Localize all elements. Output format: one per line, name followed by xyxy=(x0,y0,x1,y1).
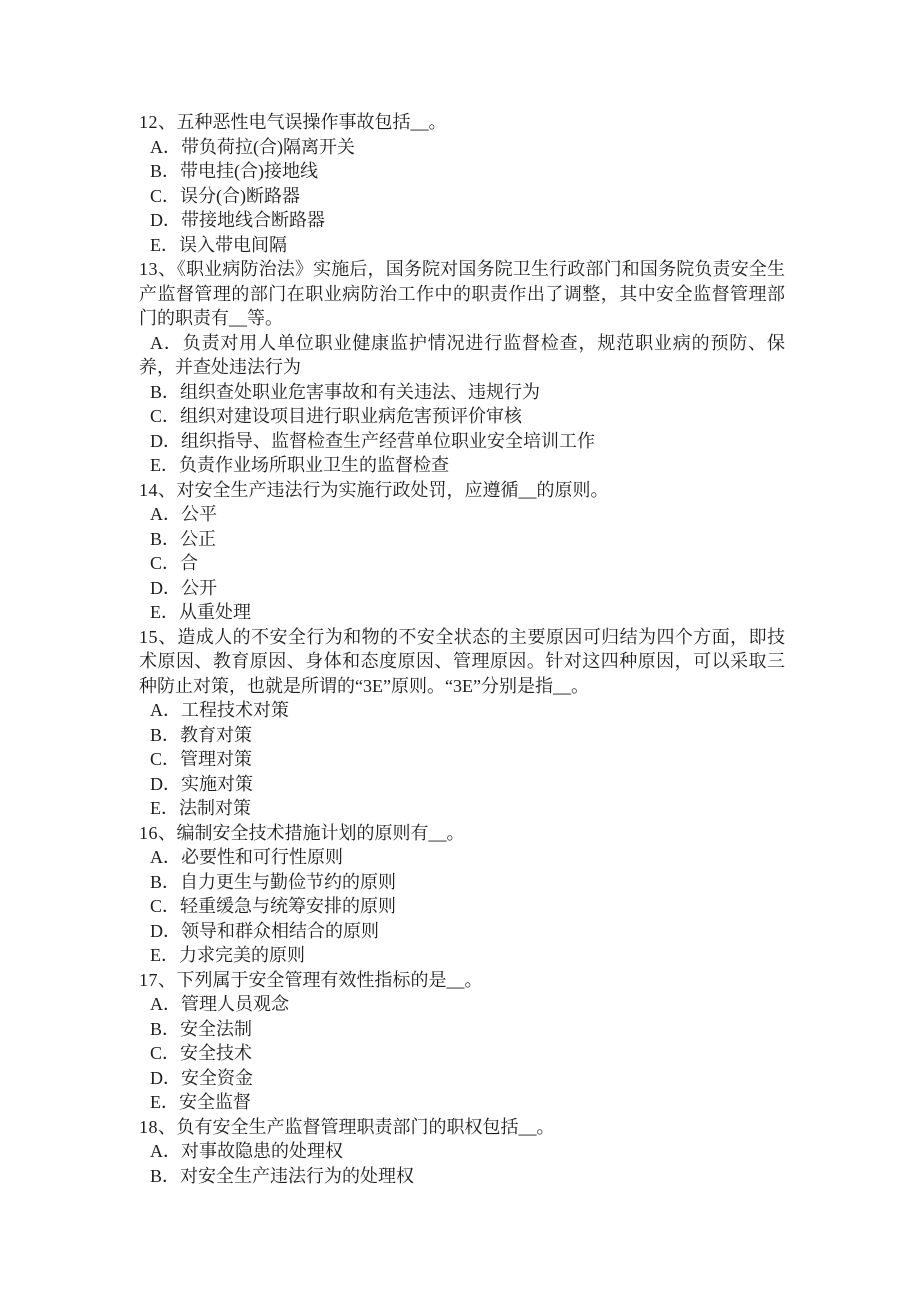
option-text: 误入带电间隔 xyxy=(179,235,287,255)
option-label: A． xyxy=(150,137,181,157)
question-number: 18、 xyxy=(139,1117,177,1137)
option-text: 对安全生产违法行为的处理权 xyxy=(180,1166,414,1186)
question-body: 负有安全生产监督管理职责部门的职权包括__。 xyxy=(177,1117,555,1137)
question-text: 16、编制安全技术措施计划的原则有__。 xyxy=(139,821,785,846)
option-text: 从重处理 xyxy=(179,602,251,622)
document-page: 12、五种恶性电气误操作事故包括__。 A．带负荷拉(合)隔离开关 B．带电挂(… xyxy=(139,110,785,1188)
option-text: 负责作业场所职业卫生的监督检查 xyxy=(179,455,449,475)
option-d: D．安全资金 xyxy=(139,1066,785,1091)
option-text: 安全法制 xyxy=(180,1019,252,1039)
option-label: E． xyxy=(150,235,179,255)
question-body: 五种恶性电气误操作事故包括__。 xyxy=(177,112,447,132)
option-b: B．安全法制 xyxy=(139,1017,785,1042)
option-d: D．实施对策 xyxy=(139,772,785,797)
option-c: C．安全技术 xyxy=(139,1041,785,1066)
option-text: 公平 xyxy=(181,504,217,524)
option-text: 组织指导、监督检查生产经营单位职业安全培训工作 xyxy=(181,431,595,451)
question-number: 12、 xyxy=(139,112,177,132)
question-body: 《职业病防治法》实施后，国务院对国务院卫生行政部门和国务院负责安全生产监督管理的… xyxy=(139,259,785,328)
option-label: E． xyxy=(150,455,179,475)
option-b: B．公正 xyxy=(139,527,785,552)
option-text: 安全技术 xyxy=(180,1043,252,1063)
option-label: C． xyxy=(150,553,180,573)
question-number: 17、 xyxy=(139,970,177,990)
option-label: B． xyxy=(150,161,180,181)
option-label: B． xyxy=(150,1019,180,1039)
option-text: 实施对策 xyxy=(181,774,253,794)
option-label: A． xyxy=(150,700,181,720)
question-number: 13、 xyxy=(139,259,177,279)
option-text: 教育对策 xyxy=(180,725,252,745)
option-label: C． xyxy=(150,186,180,206)
option-a: A．公平 xyxy=(139,502,785,527)
option-text: 自力更生与勤俭节约的原则 xyxy=(180,872,396,892)
option-a: A．对事故隐患的处理权 xyxy=(139,1139,785,1164)
option-label: D． xyxy=(150,774,181,794)
question-text: 18、负有安全生产监督管理职责部门的职权包括__。 xyxy=(139,1115,785,1140)
question-block-13: 13、《职业病防治法》实施后，国务院对国务院卫生行政部门和国务院负责安全生产监督… xyxy=(139,257,785,478)
option-text: 力求完美的原则 xyxy=(179,945,305,965)
option-b: B．带电挂(合)接地线 xyxy=(139,159,785,184)
option-label: D． xyxy=(150,1068,181,1088)
option-label: D． xyxy=(150,578,181,598)
option-c: C．组织对建设项目进行职业病危害预评价审核 xyxy=(139,404,785,429)
question-body: 造成人的不安全行为和物的不安全状态的主要原因可归结为四个方面，即技术原因、教育原… xyxy=(139,627,785,696)
option-e: E．安全监督 xyxy=(139,1090,785,1115)
option-b: B．教育对策 xyxy=(139,723,785,748)
question-block-12: 12、五种恶性电气误操作事故包括__。 A．带负荷拉(合)隔离开关 B．带电挂(… xyxy=(139,110,785,257)
option-c: C．轻重缓急与统筹安排的原则 xyxy=(139,894,785,919)
option-a: A．工程技术对策 xyxy=(139,698,785,723)
option-label: E． xyxy=(150,1092,179,1112)
option-text: 必要性和可行性原则 xyxy=(181,847,343,867)
question-body: 编制安全技术措施计划的原则有__。 xyxy=(177,823,465,843)
question-block-15: 15、造成人的不安全行为和物的不安全状态的主要原因可归结为四个方面，即技术原因、… xyxy=(139,625,785,821)
option-label: B． xyxy=(150,872,180,892)
option-label: B． xyxy=(150,529,180,549)
option-text: 安全监督 xyxy=(179,1092,251,1112)
option-text: 带负荷拉(合)隔离开关 xyxy=(181,137,355,157)
question-text: 17、下列属于安全管理有效性指标的是__。 xyxy=(139,968,785,993)
option-text: 安全资金 xyxy=(181,1068,253,1088)
option-label: A． xyxy=(150,333,183,353)
option-text: 负责对用人单位职业健康监护情况进行监督检查，规范职业病的预防、保养，并查处违法行… xyxy=(139,333,785,378)
option-label: C． xyxy=(150,896,180,916)
option-text: 领导和群众相结合的原则 xyxy=(181,921,379,941)
option-label: B． xyxy=(150,1166,180,1186)
option-e: E．负责作业场所职业卫生的监督检查 xyxy=(139,453,785,478)
option-e: E．从重处理 xyxy=(139,600,785,625)
question-body: 对安全生产违法行为实施行政处罚，应遵循__的原则。 xyxy=(177,480,609,500)
option-text: 轻重缓急与统筹安排的原则 xyxy=(180,896,396,916)
option-text: 带接地线合断路器 xyxy=(181,210,325,230)
option-label: E． xyxy=(150,945,179,965)
option-label: C． xyxy=(150,749,180,769)
question-body: 下列属于安全管理有效性指标的是__。 xyxy=(177,970,483,990)
option-label: D． xyxy=(150,431,181,451)
option-label: B． xyxy=(150,725,180,745)
question-number: 14、 xyxy=(139,480,177,500)
option-text: 公开 xyxy=(181,578,217,598)
question-number: 16、 xyxy=(139,823,177,843)
option-a: A．带负荷拉(合)隔离开关 xyxy=(139,135,785,160)
option-label: A． xyxy=(150,994,181,1014)
option-text: 带电挂(合)接地线 xyxy=(180,161,318,181)
option-d: D．带接地线合断路器 xyxy=(139,208,785,233)
option-e: E．法制对策 xyxy=(139,796,785,821)
option-text: 组织查处职业危害事故和有关违法、违规行为 xyxy=(180,382,540,402)
option-label: D． xyxy=(150,210,181,230)
question-text: 15、造成人的不安全行为和物的不安全状态的主要原因可归结为四个方面，即技术原因、… xyxy=(139,625,785,699)
option-label: E． xyxy=(150,602,179,622)
option-d: D．公开 xyxy=(139,576,785,601)
option-label: C． xyxy=(150,1043,180,1063)
question-text: 14、对安全生产违法行为实施行政处罚，应遵循__的原则。 xyxy=(139,478,785,503)
option-text: 工程技术对策 xyxy=(181,700,289,720)
question-block-18: 18、负有安全生产监督管理职责部门的职权包括__。 A．对事故隐患的处理权 B．… xyxy=(139,1115,785,1189)
question-block-17: 17、下列属于安全管理有效性指标的是__。 A．管理人员观念 B．安全法制 C．… xyxy=(139,968,785,1115)
option-b: B．组织查处职业危害事故和有关违法、违规行为 xyxy=(139,380,785,405)
option-text: 对事故隐患的处理权 xyxy=(181,1141,343,1161)
question-text: 12、五种恶性电气误操作事故包括__。 xyxy=(139,110,785,135)
option-text: 法制对策 xyxy=(179,798,251,818)
option-label: C． xyxy=(150,406,180,426)
option-label: A． xyxy=(150,847,181,867)
option-label: B． xyxy=(150,382,180,402)
question-number: 15、 xyxy=(139,627,177,647)
option-e: E．力求完美的原则 xyxy=(139,943,785,968)
question-block-14: 14、对安全生产违法行为实施行政处罚，应遵循__的原则。 A．公平 B．公正 C… xyxy=(139,478,785,625)
option-d: D．组织指导、监督检查生产经营单位职业安全培训工作 xyxy=(139,429,785,454)
option-c: C．误分(合)断路器 xyxy=(139,184,785,209)
option-a: A．必要性和可行性原则 xyxy=(139,845,785,870)
option-c: C．管理对策 xyxy=(139,747,785,772)
option-label: E． xyxy=(150,798,179,818)
option-d: D．领导和群众相结合的原则 xyxy=(139,919,785,944)
question-text: 13、《职业病防治法》实施后，国务院对国务院卫生行政部门和国务院负责安全生产监督… xyxy=(139,257,785,331)
option-text: 管理对策 xyxy=(180,749,252,769)
option-text: 误分(合)断路器 xyxy=(180,186,300,206)
option-text: 组织对建设项目进行职业病危害预评价审核 xyxy=(180,406,522,426)
option-label: A． xyxy=(150,1141,181,1161)
option-a: A．负责对用人单位职业健康监护情况进行监督检查，规范职业病的预防、保养，并查处违… xyxy=(139,331,785,380)
option-text: 管理人员观念 xyxy=(181,994,289,1014)
option-b: B．对安全生产违法行为的处理权 xyxy=(139,1164,785,1189)
option-label: D． xyxy=(150,921,181,941)
option-c: C．合 xyxy=(139,551,785,576)
option-label: A． xyxy=(150,504,181,524)
question-block-16: 16、编制安全技术措施计划的原则有__。 A．必要性和可行性原则 B．自力更生与… xyxy=(139,821,785,968)
option-text: 公正 xyxy=(180,529,216,549)
option-text: 合 xyxy=(180,553,198,573)
option-b: B．自力更生与勤俭节约的原则 xyxy=(139,870,785,895)
option-e: E．误入带电间隔 xyxy=(139,233,785,258)
option-a: A．管理人员观念 xyxy=(139,992,785,1017)
